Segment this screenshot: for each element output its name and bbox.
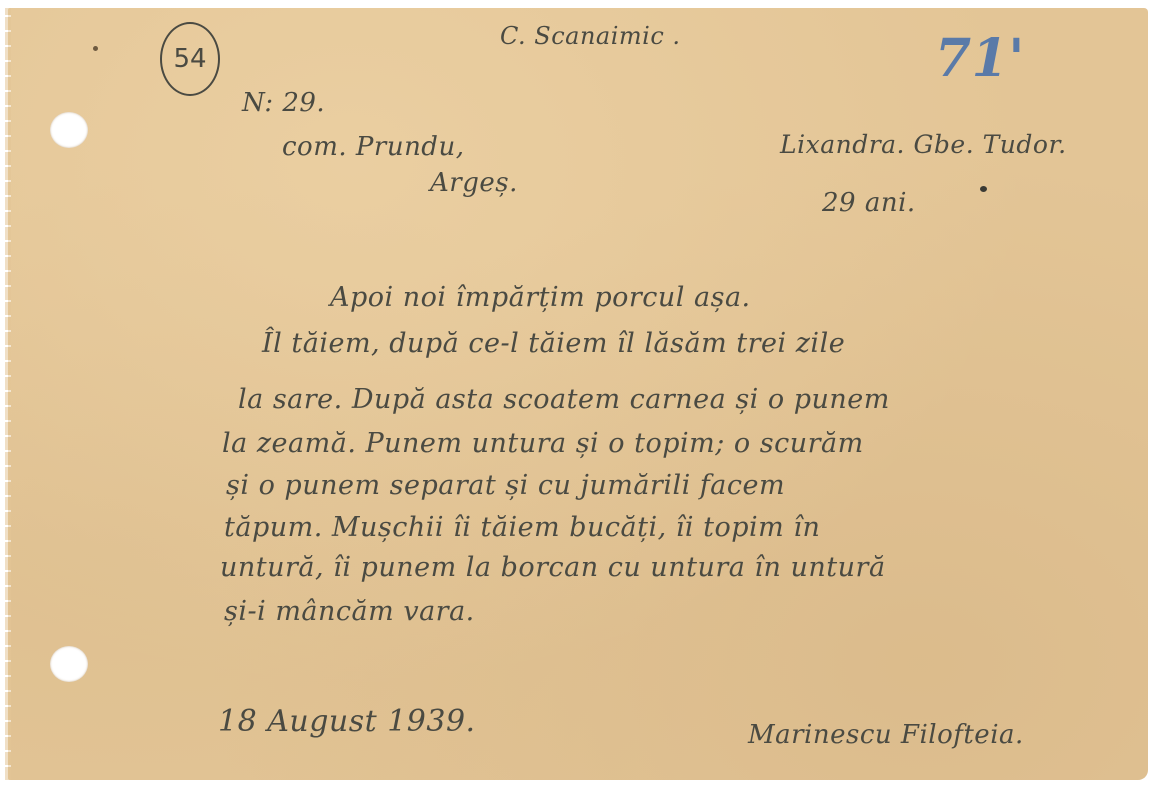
blue-pencil-mark: 71' — [935, 28, 1025, 89]
card-number-circled: 54 — [160, 22, 220, 96]
text-line-4: la zeamă. Punem untura și o topim; o scu… — [222, 428, 864, 459]
text-line-2: Îl tăiem, după ce-l tăiem îl lăsăm trei … — [262, 328, 845, 359]
card-number: 54 — [173, 44, 206, 74]
text-line-3: la sare. După asta scoatem carnea și o p… — [238, 384, 890, 415]
text-line-5: și o punem separat și cu jumărili facem — [226, 470, 785, 501]
informant-name: Lixandra. Gbe. Tudor. — [780, 130, 1067, 159]
date: 18 August 1939. — [218, 704, 476, 739]
collector-header: C. Scanaimic . — [500, 22, 681, 50]
signature: Marinescu Filofteia. — [748, 720, 1024, 750]
locality-county: Argeș. — [430, 168, 518, 198]
text-line-1: Apoi noi împărțim porcul așa. — [330, 282, 751, 313]
text-line-7: untură, îi punem la borcan cu untura în … — [220, 552, 886, 583]
punch-hole-bottom — [50, 646, 88, 682]
text-line-6: tăpum. Mușchii îi tăiem bucăți, îi topim… — [224, 512, 820, 543]
record-number: N: 29. — [242, 88, 325, 118]
locality-commune: com. Prundu, — [282, 132, 464, 162]
informant-age: 29 ani. — [822, 188, 916, 218]
paper-speck — [93, 46, 98, 51]
ink-speck — [980, 186, 987, 192]
text-line-8: și-i mâncăm vara. — [224, 596, 475, 627]
punch-hole-top — [50, 112, 88, 148]
